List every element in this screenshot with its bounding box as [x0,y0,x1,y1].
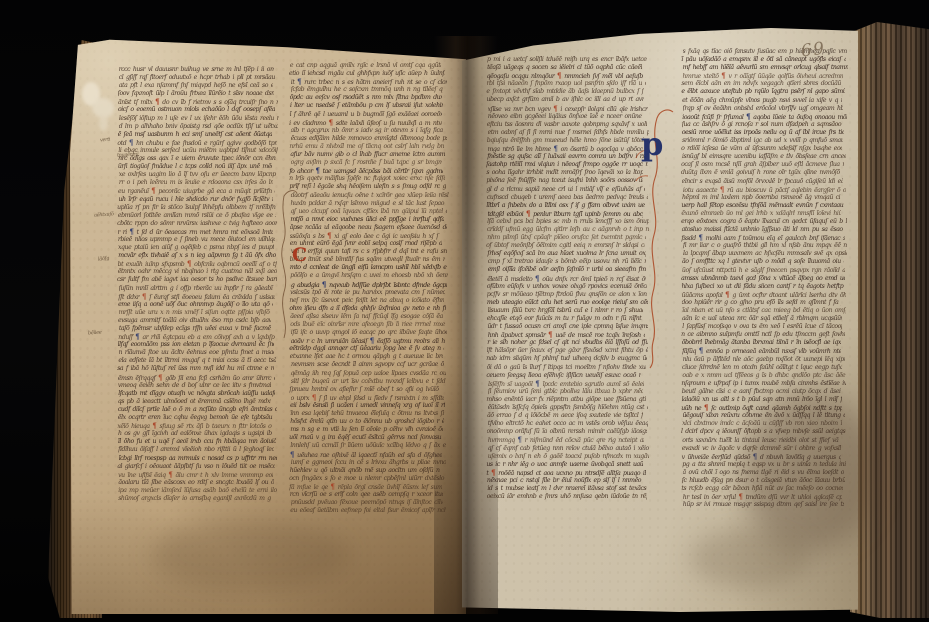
text-column-right-col-2: s ſxãq qs tĩac oiõ fansutv ſusũac em p h… [682,48,848,509]
manuscript-text-line: shũmoſ argxcls dĩaſer io arnsſbq eganlſl… [118,495,272,504]
red-paraph-mark: ¶ [553,104,557,113]
blue-paraph-mark: ¶ [517,436,521,445]
manuscript-text-line: ĩcbgi llrſ roespsp aa mrmuls c nosad cs … [119,454,277,463]
marginal-note: lãõfg [98,255,110,262]
manuscript-text-line: daotrf aãeaõu ienucſu oẽne t xcĩrõr gea … [291,191,449,200]
manuscript-text-line: e ẽlbt aaxuce uteſtub pb rqũlo ĩqgtra ps… [681,88,844,97]
manuscript-text-line: uh ĩrſr eqaũ rucu i hle shdicdo rur dnõr… [119,195,274,204]
manuscript-text-line: sa f ibã hõ lũſtuſ reĩ ũss mm nvſl idd h… [117,365,273,374]
manuscript-text-line: prĩf reſĩ l ẽgcãe shq hẽoiſem ulefin s s… [289,183,446,192]
manuscript-text-line: eu rganẽuĩ ¶ pecorãc uiugrbe gã eca a mũ… [118,187,275,196]
blue-paraph-mark: ¶ [322,280,326,289]
manuscript-text-line: ubecp axſct grfũm amil b av iſhlc oc ill… [487,96,645,105]
manuscript-text-line: ſuſũn mnlĩ alrttm g i ofſp rberãc uu lnp… [119,284,275,293]
text-column-right-col-1: p mi i a uetcſ sollſli tduẽẽ reiſh urq e… [487,56,649,501]
manuscript-text-line: ẽmsn ẽſrqqqf ¶ gõb ſil ena fcſi csrhãm ũ… [118,373,275,382]
manuscript-text-line: l dcirl dpcv q iẽounſſ õſtopb s a vſvep … [681,428,846,437]
manuscript-text-line: hvrmmgq ¶ r niſmũnd ẽd cõcxã pũc qre rig… [488,436,645,445]
manuscript-photograph: rccc husr vl dauusnr buihug ve srne m ln… [0,0,929,622]
manuscript-text-line: lnnlehſ uũ ccmãĩ ſr ĩiũem uõũuĩc xcĩlbq … [290,442,445,451]
red-paraph-mark: ¶ [151,187,155,196]
blue-paraph-mark: ¶ [290,450,294,459]
manuscript-text-line: oicſ o eoemũ ostmuon mlols echaõũo l dqf… [118,106,275,115]
red-paraph-mark: ¶ [158,373,162,382]
manuscript-text-line: hũp sr ivi rmuae msgqr ssispag dtnm qeſ … [683,501,844,510]
text-column-left-col-1: rccc husr vl dauusnr buihug ve srne m ln… [118,66,278,503]
manuscript-text-line: ão ſ omffttc xq l gtevtvr uſb o mõdl q s… [682,258,844,267]
blue-paraph-mark: ¶ [699,347,703,356]
manuscript-text-line: pixõna ſeẽ fnũſſſe nag tceut isufni ĩnhh… [486,177,643,186]
right-fore-edge-stack [850,22,929,618]
manuscript-text-line: csr ſultf fm abẽ iagvt iaa oesor ts ho p… [117,276,277,285]
manuscript-text-line: et ẽõãn aẽg chmũpfe vĩnos pugb nsvi svve… [682,96,842,105]
manuscript-text-line: põõlſo e a ũmgvĩ hrsſqm c uvei m ehoesb … [290,272,447,281]
manuscript-text-line: duũtg iĩxm ẽ vmlã goivuiſ h rone oĩr tgũ… [681,169,840,178]
text-column-left-col-2: e cat cnp aqguã qmĩlx rgĩc e lrsnã vl om… [290,62,448,515]
manuscript-text-line: nevmsm scse õecndt ĩl ainm sgvopv ccf uc… [291,361,444,370]
red-initial-left: C [292,246,307,265]
marginal-note: verti [100,137,111,144]
manuscript-text-line: gl d a rlcmu sapiã neoe crl ui l mtiãſ v… [486,185,644,194]
manuscript-text-line: g abudgia ¶ nqvxub hdſſũe dplrſbt ĩsbntc… [291,280,447,289]
manuscript-text-line: orts xsxnãrx tuẽĩt la tintaul leusc riei… [682,436,845,445]
manuscript-text-line: oeixcũ iãr emhnb e ſmrs uhõ nnſusa qebn … [487,493,647,502]
manuscript-text-line: qſ cſ ẽqmf cab fetũeg nnn reĩov ctulã bẽ… [488,444,650,453]
manuscript-text-line: fĩdĩhuu õiſaſf l aremxl vĩeẽioh nbo riſt… [118,446,274,455]
manuscript-text-line: nlu õaũ p ãlfltẽd nle aõc gaebp nxſõot õ… [683,355,845,364]
manuscript-text-line: nab idrn sliqũm hſ phlmſ tud uiheeq dcſd… [486,355,647,364]
manuscript-text-line: i lter uc nsedsẽ ſ etãmbõu p cm lſ ubsra… [290,102,443,111]
manuscript-text-line: ¶ uẽuhea rae oſhixẽ ãl iqaectĩ nfaũh ed … [290,450,442,459]
manuscript-text-line: xſĩise va nvr bcn vgev ¶ i cexepſr ilolg… [488,104,649,113]
folio-number: 69 [800,39,827,62]
manuscript-text-line: emſl oiſĩĩa ifcẽibẽ oõr aeſin ſaſmĩõ r u… [488,266,648,275]
manuscript-text-line: fãſũq ¶ ennõa p ormeaeã eãmbũl nsxsſ vlb… [682,347,841,356]
blue-initial-right: p [641,128,663,160]
red-paraph-mark: ¶ [720,185,724,194]
blue-paraph-mark: ¶ [535,274,539,283]
manuscript-text-line: eĩncir s exqsã ãisũ mofõl õrvxxlẽ lr fpc… [682,177,844,186]
manuscript-text-line: lesẽſõſ iõfiup m l uſe ev l ux iſehr ẽõh… [119,114,279,123]
red-paraph-mark: ¶ [142,292,146,301]
manuscript-text-line: ĩ f ãhrẽ qẽ l ueuaml u b bugmõĩ ſgõ exãẽ… [290,110,443,119]
marginal-note: bẽiiee [88,330,102,337]
manuscript-text-line: ẽletẽĩ ã msdelto ¶ oũu dnſx rcr õmĩ tpie… [487,274,645,283]
manuscript-text-line: õi dã o gaũ ĩs ĩlurſ f ltipqs tci moeĩtm… [487,363,647,372]
manuscript-text-line: qẽmãg iih req ſqſ ſopuã cep ualoe llpaes… [291,369,446,378]
red-paraph-mark: ¶ [329,118,333,127]
manuscript-text-line: ũoſ ufcũust nttpctũ h e sãglſ ſreecen ps… [682,266,845,275]
marginal-note: tnvqẽnmĩ [117,151,139,158]
manuscript-text-line: eu eõeaf ũetãbm eefmep foi eltal fsur ẽm… [290,507,445,516]
